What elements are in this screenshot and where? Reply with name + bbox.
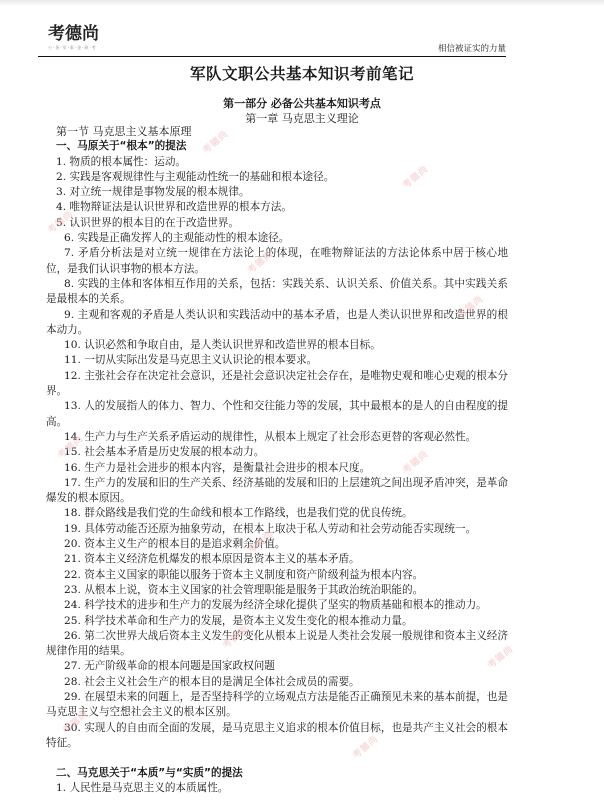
document-body: 第一节 马克思主义基本原理 一、马原关于“根本”的提法 1. 物质的根本属性：运… xyxy=(46,124,508,797)
list-item: 25. 科学技术革命和生产力的发展，是资本主义发生变化的根本推动力量。 xyxy=(46,614,508,629)
list-item: 7. 矛盾分析法是对立统一规律在方法论上的体现，在唯物辩证法的方法论体系中居于核… xyxy=(46,246,508,277)
list-item: 4. 唯物辩证法是认识世界和改造世界的根本方法。 xyxy=(46,200,508,215)
list-item: 10. 认识必然和争取自由，是人类认识世界和改造世界的根本目标。 xyxy=(46,338,508,353)
list-item: 24. 科学技术的进步和生产力的发展为经济全球化提供了坚实的物质基础和根本的推动… xyxy=(46,598,508,613)
list-item: 28. 社会主义社会生产的根本目的是满足全体社会成员的需要。 xyxy=(46,675,508,690)
list-item: 11. 一切从实际出发是马克思主义认识论的根本要求。 xyxy=(46,353,508,368)
list-item: 20. 资本主义生产的根本目的是追求剩余价值。 xyxy=(46,537,508,552)
list-item: 26. 第二次世界大战后资本主义发生的变化从根本上说是人类社会发展一般规律和资本… xyxy=(46,629,508,660)
list-item: 19. 具体劳动能否还原为抽象劳动，在根本上取决于私人劳动和社会劳动能否实现统一… xyxy=(46,522,508,537)
list-item: 21. 资本主义经济危机爆发的根本原因是资本主义的基本矛盾。 xyxy=(46,552,508,567)
section-spacer xyxy=(46,751,508,766)
list-item: 1. 物质的根本属性：运动。 xyxy=(46,155,508,170)
list-item: 15. 社会基本矛盾是历史发展的根本动力。 xyxy=(46,445,508,460)
brand-logo: 考德尚 公·务·军·事·金·研·考 xyxy=(48,24,99,51)
section-title: 第一节 马克思主义基本原理 xyxy=(46,124,508,139)
part-heading: 第一部分 必备公共基本知识考点 xyxy=(0,95,604,111)
list-item: 5. 认识世界的根本目的在于改造世界。 xyxy=(46,216,508,231)
sub-heading-fundamental: 一、马原关于“根本”的提法 xyxy=(46,139,508,154)
page-header: 考德尚 公·务·军·事·金·研·考 相信被证实的力量 xyxy=(38,22,506,57)
list-item: 1. 人民性是马克思主义的本质属性。 xyxy=(46,781,508,796)
list-item: 27. 无产阶级革命的根本问题是国家政权问题 xyxy=(46,659,508,674)
document-title: 军队文职公共基本知识考前笔记 xyxy=(0,62,604,84)
header-slogan: 相信被证实的力量 xyxy=(438,42,506,54)
list-item: 17. 生产力的发展和旧的生产关系、经济基础的发展和旧的上层建筑之间出现矛盾冲突… xyxy=(46,476,508,507)
list-item: 16. 生产力是社会进步的根本内容，是衡量社会进步的根本尺度。 xyxy=(46,461,508,476)
list-item: 13. 人的发展指人的体力、智力、个性和交往能力等的发展，其中最根本的是人的自由… xyxy=(46,399,508,430)
list-item: 23. 从根本上说，资本主义国家的社会管理职能是服务于其政治统治职能的。 xyxy=(46,583,508,598)
list-item: 2. 实践是客观规律性与主观能动性统一的基础和根本途径。 xyxy=(46,170,508,185)
list-item: 30. 实现人的自由而全面的发展，是马克思主义追求的根本价值目标，也是共产主义社… xyxy=(46,721,508,752)
logo-text: 考德尚 xyxy=(48,24,99,44)
list-item: 3. 对立统一规律是事物发展的根本规律。 xyxy=(46,185,508,200)
list-item: 12. 主张社会存在决定社会意识，还是社会意识决定社会存在，是唯物史观和唯心史观… xyxy=(46,369,508,400)
list-item: 9. 主观和客观的矛盾是人类认识和实践活动中的基本矛盾，也是人类认识世界和改造世… xyxy=(46,308,508,339)
sub-heading-essence: 二、马克思关于“本质”与“实质”的提法 xyxy=(46,766,508,781)
list-item: 8. 实践的主体和客体相互作用的关系，包括：实践关系、认识关系、价值关系。其中实… xyxy=(46,277,508,308)
page-top-shadow xyxy=(0,0,604,6)
logo-tagline: 公·务·军·事·金·研·考 xyxy=(48,45,99,51)
list-item: 14. 生产力与生产关系矛盾运动的规律性，从根本上规定了社会形态更替的客观必然性… xyxy=(46,430,508,445)
list-item: 22. 资本主义国家的职能以服务于资本主义制度和资产阶级利益为根本内容。 xyxy=(46,568,508,583)
list-item: 18. 群众路线是我们党的生命线和根本工作路线，也是我们党的优良传统。 xyxy=(46,506,508,521)
list-item: 29. 在展望未来的问题上，是否坚持科学的立场观点方法是能否正确预见未来的基本前… xyxy=(46,690,508,721)
list-item: 6. 实践是正确发挥人的主观能动性的根本途径。 xyxy=(46,231,508,246)
